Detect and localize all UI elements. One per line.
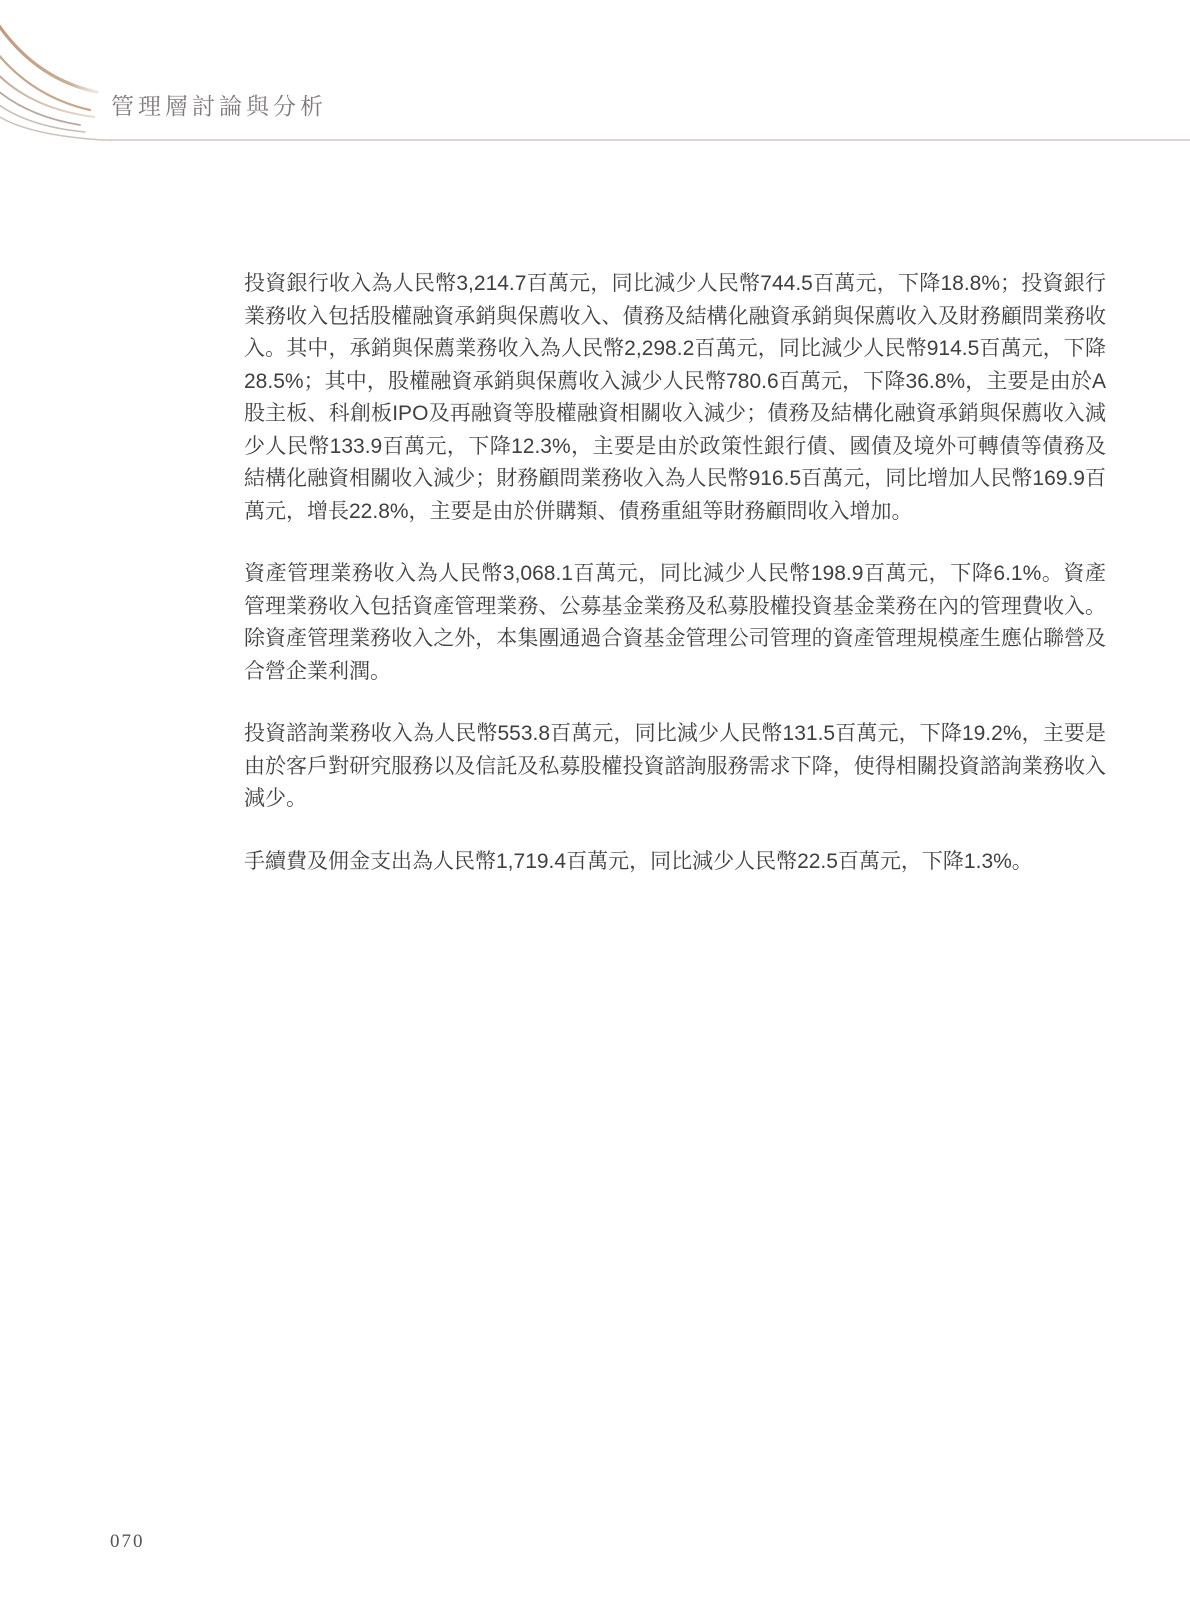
document-page: 管理層討論與分析 投資銀行收入為人民幣3,214.7百萬元，同比減少人民幣744… [0, 0, 1190, 1615]
header-divider-line [104, 139, 1190, 141]
page-number: 070 [110, 1531, 145, 1553]
body-paragraph-investment-banking: 投資銀行收入為人民幣3,214.7百萬元，同比減少人民幣744.5百萬元，下降1… [244, 268, 1106, 528]
body-paragraph-investment-advisory: 投資諮詢業務收入為人民幣553.8百萬元，同比減少人民幣131.5百萬元，下降1… [244, 718, 1106, 816]
page-title: 管理層討論與分析 [111, 88, 327, 121]
body-paragraph-asset-management: 資產管理業務收入為人民幣3,068.1百萬元，同比減少人民幣198.9百萬元，下… [244, 558, 1106, 688]
body-paragraph-fee-commission-expense: 手續費及佣金支出為人民幣1,719.4百萬元，同比減少人民幣22.5百萬元，下降… [244, 846, 1106, 879]
corner-swoosh-icon [0, 0, 320, 170]
body-text-block: 投資銀行收入為人民幣3,214.7百萬元，同比減少人民幣744.5百萬元，下降1… [244, 268, 1106, 878]
